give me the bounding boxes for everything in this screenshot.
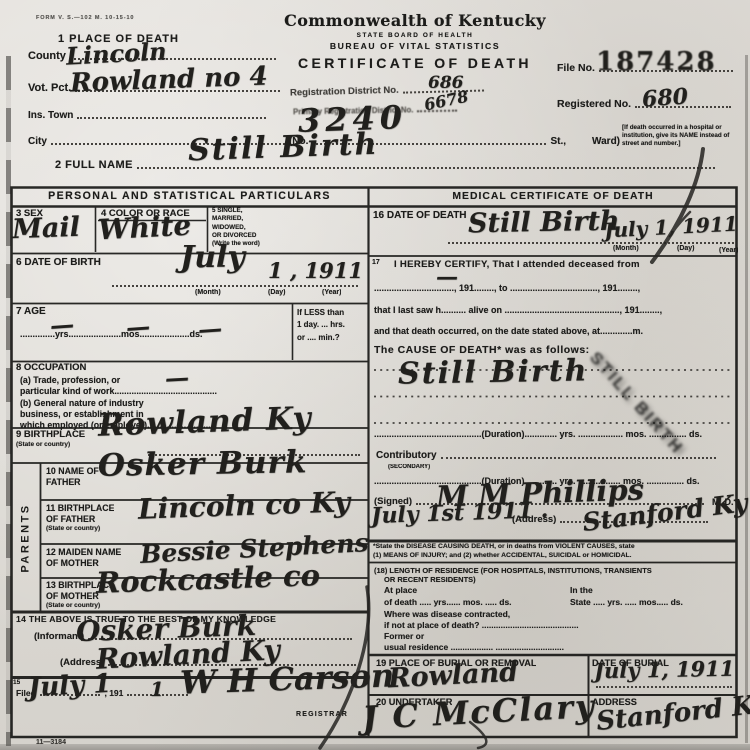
certify-line-4: and that death occurred, on the date sta…: [374, 326, 734, 336]
less-note-line: 1 day. ... hrs.: [297, 319, 365, 331]
handwritten-father-birthplace: Lincoln co Ky: [138, 488, 351, 523]
handwritten-age-months-mark: —: [125, 314, 151, 340]
handwritten-sex: Mail: [12, 214, 81, 243]
dotted-line: [596, 684, 732, 688]
dod-month-label: (Month): [613, 245, 639, 253]
label-line: 12 MAIDEN NAME: [46, 547, 121, 558]
cause-footnote: *State the DISEASE CAUSING DEATH, or in …: [373, 543, 735, 561]
parents-text: PARENTS: [20, 503, 32, 572]
residence-line: State ..... yrs. ..... mos..... ds.: [570, 597, 683, 609]
certify-section-number: 17: [372, 259, 380, 267]
commonwealth-title: Commonwealth of Kentucky: [250, 12, 580, 30]
residence-line: In the: [570, 585, 683, 597]
medical-section-title: MEDICAL CERTIFICATE OF DEATH: [369, 191, 737, 203]
hospital-note: [If death occurred in a hospital or inst…: [622, 124, 740, 149]
file-no-label: File No.: [557, 62, 595, 74]
dod-day-label: (Day): [677, 245, 695, 253]
residence-line: At place: [384, 585, 512, 597]
dotted-line: [112, 283, 358, 287]
dod-year-label: (Year): [719, 247, 738, 255]
dob-year-label: (Year): [322, 289, 341, 297]
label-line: (State or country): [46, 525, 114, 533]
birthplace-sublabel: (State or country): [16, 441, 70, 448]
city-label: City: [28, 136, 47, 147]
birthplace-label: 9 BIRTHPLACE: [16, 430, 85, 441]
date-of-death-label: 16 DATE OF DEATH: [373, 210, 467, 221]
registration-district-label: Registration District No.: [290, 85, 399, 99]
dotted-leader: [77, 114, 266, 119]
personal-section-title: PERSONAL AND STATISTICAL PARTICULARS: [11, 191, 368, 203]
secondary-sublabel: (SECONDARY): [388, 464, 430, 471]
label-line: FATHER: [46, 477, 99, 488]
at-place-of-death-lines: At place of death ..... yrs...... mos. .…: [384, 585, 512, 609]
residence-line: Former or: [384, 631, 564, 642]
date-of-birth-label: 6 DATE OF BIRTH: [16, 257, 101, 268]
handwritten-age-years-mark: —: [49, 312, 75, 338]
still-birth-stamp-smudge: STILL BIRTH: [588, 351, 710, 483]
handwritten-mother-birthplace: Rockcastle co: [96, 561, 321, 598]
handwritten-father-name: Osker Burk: [98, 447, 308, 482]
handwritten-age-days-mark: —: [197, 316, 223, 342]
occupation-line: particular kind of work.................…: [20, 386, 364, 397]
form-number-top: FORM V. S.—102 M. 10-15-10: [36, 15, 134, 21]
label-line: 10 NAME OF: [46, 466, 99, 477]
full-name-label: 2 FULL NAME: [55, 159, 133, 171]
footnote-line: (1) MEANS OF INJURY; and (2) whether ACC…: [373, 552, 735, 561]
label-line: OF FATHER: [46, 514, 114, 525]
in-the-state-lines: In the State ..... yrs. ..... mos..... d…: [570, 585, 683, 609]
residence-line: Where was disease contracted,: [384, 609, 579, 620]
handwritten-filed-year-digit: 1: [150, 679, 164, 699]
scan-edge-left: [6, 56, 11, 746]
marital-line: OR DIVORCED: [212, 232, 324, 240]
scan-edge-bottom: [0, 744, 750, 750]
handwritten-voting-precinct: Rowland no 4: [70, 64, 268, 97]
scan-edge-right: [745, 55, 748, 743]
residence-line: of death ..... yrs...... mos. ..... ds.: [384, 597, 512, 609]
residence-label-line2: OR RECENT RESIDENTS): [384, 576, 476, 584]
handwritten-dob-day-year: 1 , 1911: [268, 260, 363, 281]
handwritten-date-of-death-date: July 1, 1911: [604, 214, 739, 241]
death-certificate-document: FORM V. S.—102 M. 10-15-10 Commonwealth …: [0, 0, 750, 750]
handwritten-race: White: [97, 212, 192, 245]
registrar-label: REGISTRAR: [296, 711, 348, 719]
certify-line-2: ................................, 191...…: [374, 283, 734, 293]
if-less-than-day-note: If LESS than 1 day. ... hrs. or .... min…: [297, 307, 365, 344]
handwritten-occupation-mark: —: [164, 365, 189, 390]
former-residence-lines: Former or usual residence ..............…: [384, 631, 564, 654]
ins-town-label: Ins. Town: [28, 110, 73, 121]
street-label: St.,: [550, 136, 566, 147]
label-line: 11 BIRTHPLACE: [46, 503, 114, 514]
state-board-subtitle: STATE BOARD OF HEALTH: [250, 32, 580, 39]
stamped-file-number: 187428: [596, 49, 717, 75]
footnote-line: *State the DISEASE CAUSING DEATH, or in …: [373, 543, 735, 552]
disease-contracted-lines: Where was disease contracted, if not at …: [384, 609, 579, 632]
ward-label: Ward): [592, 136, 620, 147]
handwritten-burial-date: July 1, 1911: [594, 658, 735, 681]
father-birthplace-label: 11 BIRTHPLACE OF FATHER (State or countr…: [46, 503, 114, 533]
registered-no-label: Registered No.: [557, 98, 631, 110]
dotted-line: [448, 240, 734, 244]
vot-pct-label: Vot. Pct.: [28, 82, 71, 94]
certify-line-3: that I last saw h.......... alive on ...…: [374, 305, 734, 315]
handwritten-filed-date: July 1: [27, 671, 112, 701]
handwritten-date-of-death-cause: Still Birth: [468, 208, 620, 238]
filed-section-number: 15: [13, 679, 20, 686]
county-label: County: [28, 50, 66, 62]
handwritten-burial-place: Rowland: [387, 659, 518, 693]
certify-line-1: I HEREBY CERTIFY, That I attended deceas…: [394, 260, 640, 271]
father-name-label: 10 NAME OF FATHER: [46, 466, 99, 489]
handwritten-county: Lincoln: [65, 39, 167, 68]
age-label: 7 AGE: [16, 306, 46, 317]
marital-line: WIDOWED,: [212, 224, 324, 232]
handwritten-certify-mark: —: [436, 266, 458, 288]
handwritten-cause-of-death: Still Birth: [398, 356, 589, 389]
marital-line: MARRIED,: [212, 215, 324, 223]
handwritten-birthplace: Rowland Ky: [98, 403, 313, 441]
occupation-line: (a) Trade, profession, or: [20, 375, 364, 386]
form-number-bottom: 11—3184: [36, 739, 66, 747]
incorporated-town-field: Ins. Town: [28, 110, 270, 121]
handwritten-signed-date: July 1st 1911 .: [371, 499, 549, 527]
residence-line: usual residence .................. .....…: [384, 642, 564, 653]
bureau-subtitle: BUREAU OF VITAL STATISTICS: [250, 42, 580, 52]
registrar-signature: W H Carson: [180, 659, 395, 698]
parents-vertical-label: PARENTS: [12, 463, 40, 612]
full-name-field: 2 FULL NAME: [55, 159, 719, 171]
residence-label-line1: (18) LENGTH OF RESIDENCE (FOR HOSPITALS,…: [374, 567, 652, 575]
handwritten-full-name: Still Birth: [188, 130, 379, 167]
handwritten-registered-number: 680: [641, 85, 688, 110]
handwritten-dob-month: July: [180, 243, 245, 273]
occupation-label: 8 OCCUPATION: [16, 363, 86, 374]
dob-day-label: (Day): [268, 289, 286, 297]
less-note-line: or .... min.?: [297, 332, 365, 344]
less-note-line: If LESS than: [297, 307, 365, 319]
certificate-title: CERTIFICATE OF DEATH: [250, 56, 580, 72]
undertaker-signature: J C McClary: [361, 690, 596, 734]
label-line: (State or country): [46, 602, 115, 610]
dob-month-label: (Month): [195, 289, 221, 297]
contributory-label: Contributory: [376, 450, 437, 461]
